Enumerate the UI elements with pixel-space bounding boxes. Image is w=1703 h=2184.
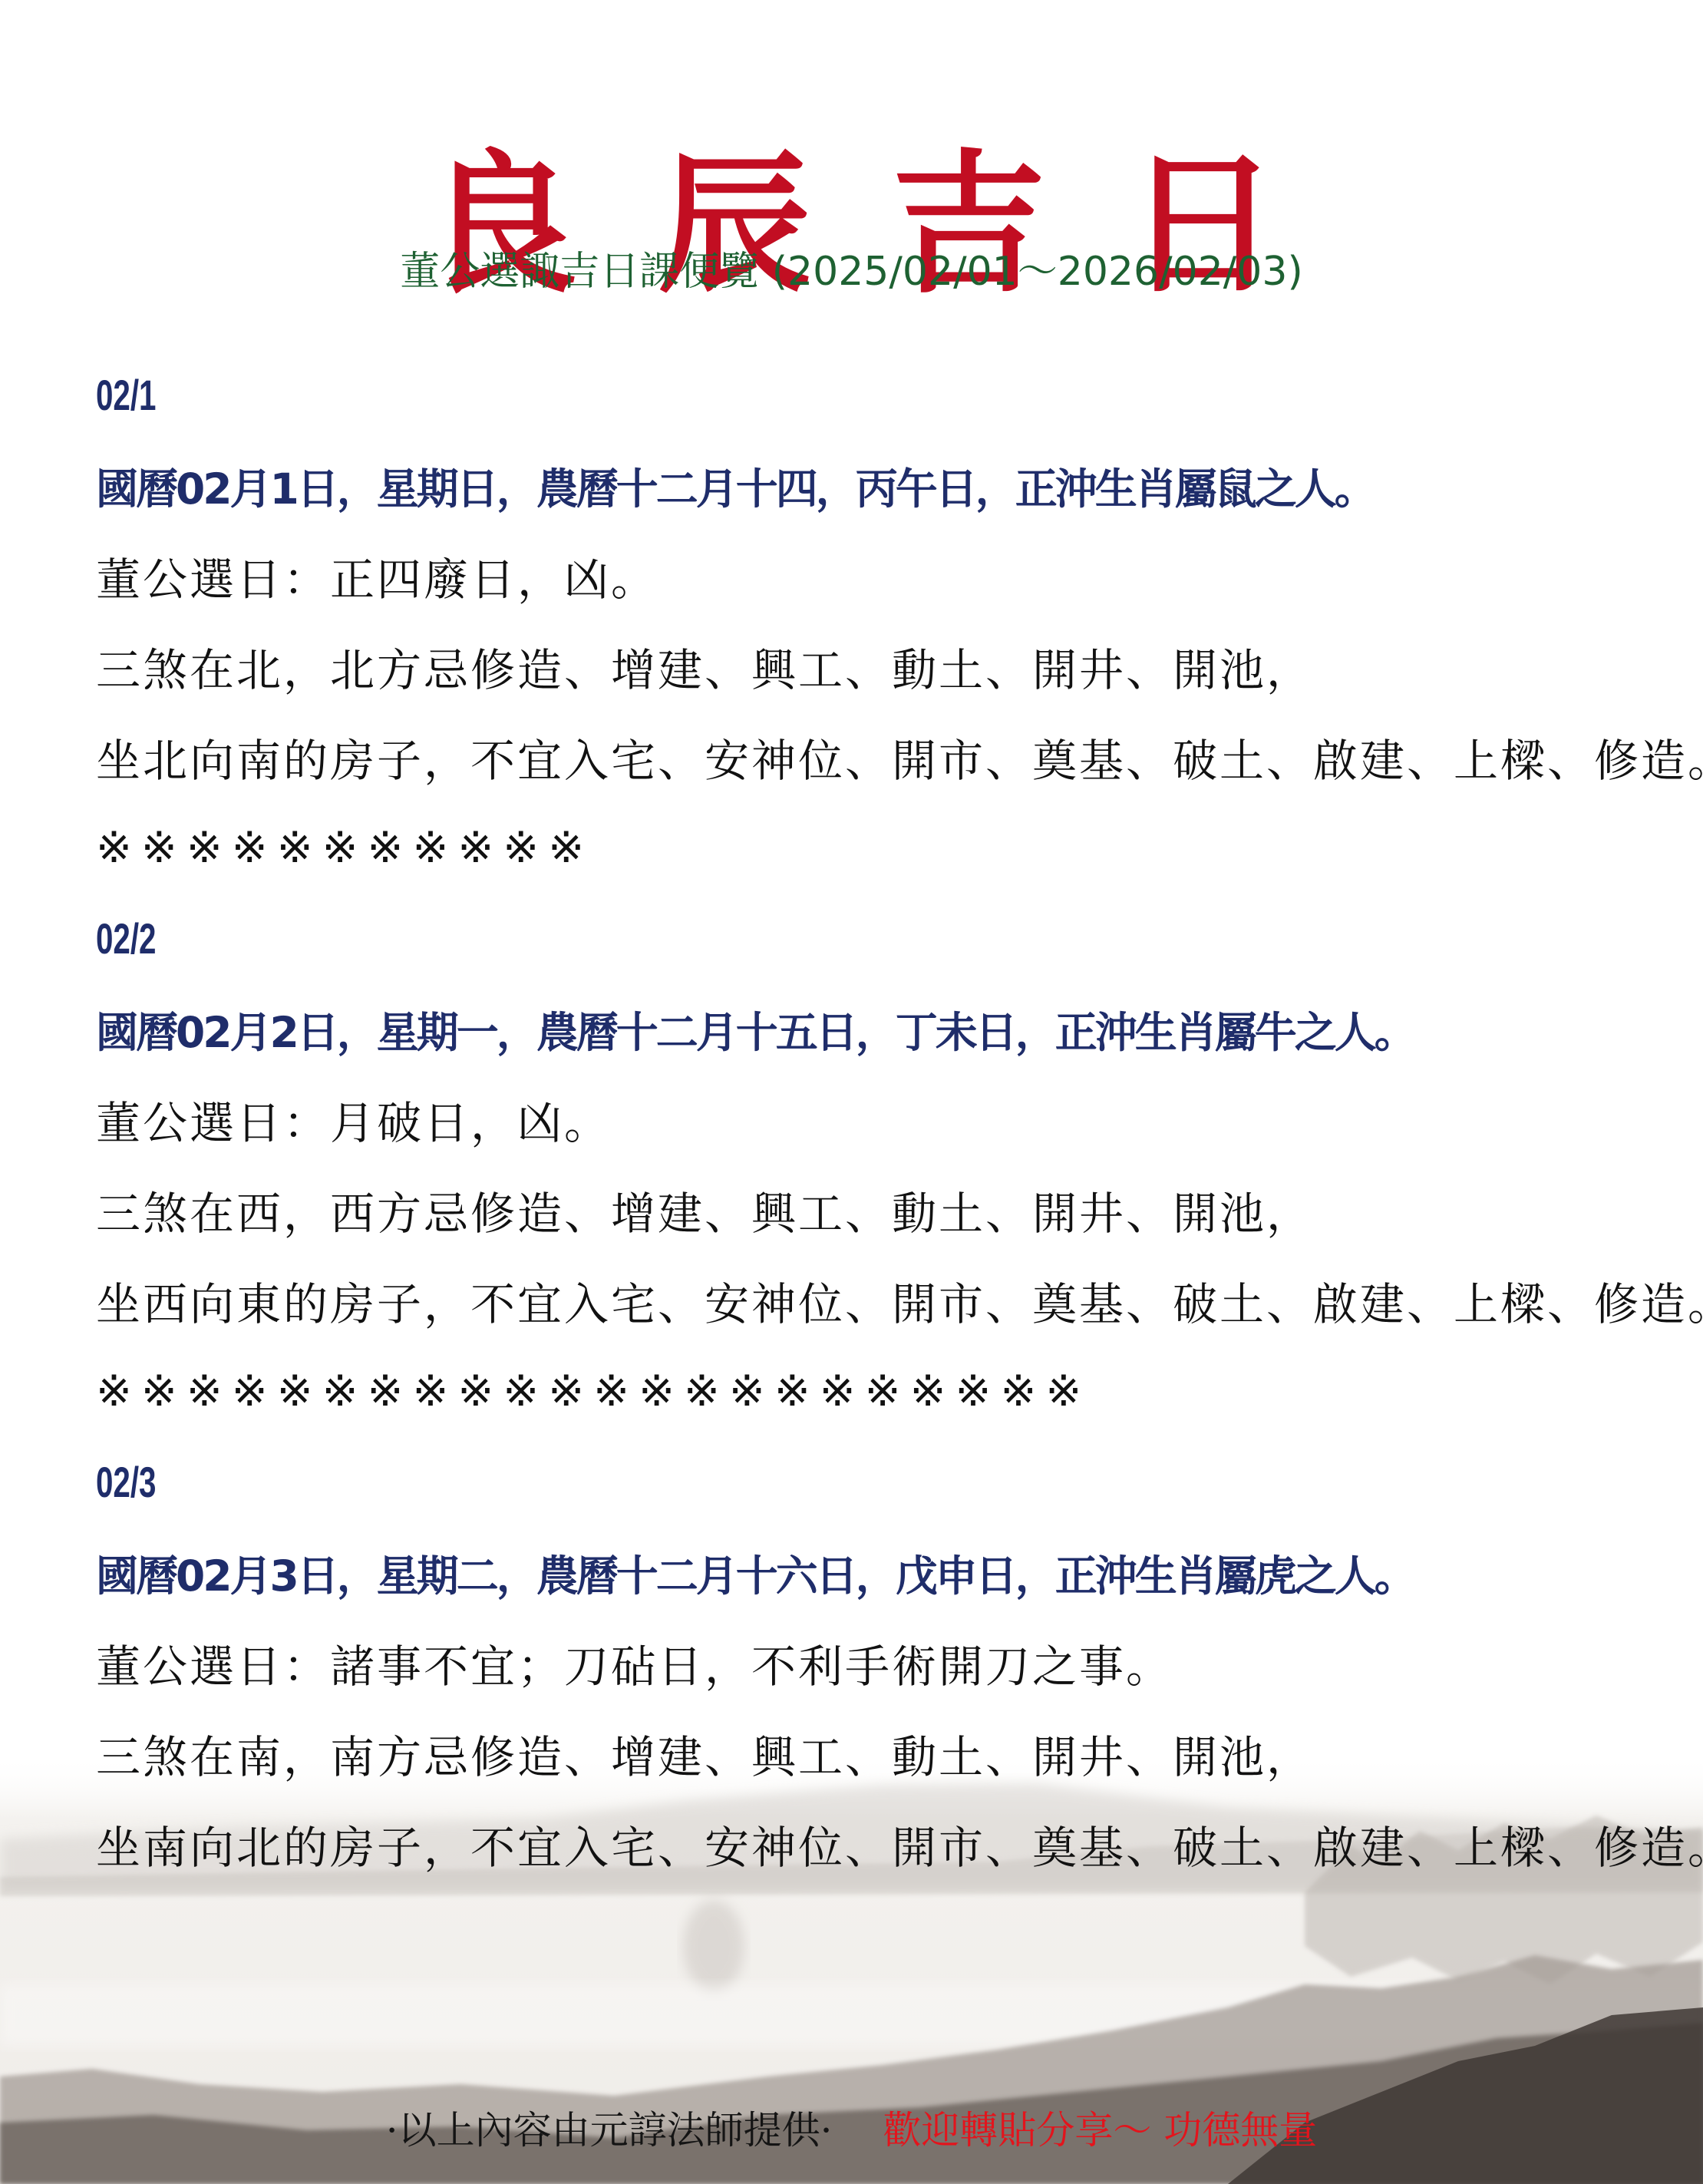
reference-mark-separator: ※※※※※※※※※※※: [96, 823, 593, 873]
entry-02-01: 02/1 國曆02月1日，星期日，農曆十二月十四，丙午日，正沖生肖屬鼠之人。 董…: [96, 349, 1672, 893]
reference-mark-separator: ※※※※※※※※※※※※※※※※※※※※※※: [96, 1366, 1091, 1416]
date-code: 02/2: [96, 914, 156, 963]
date-code: 02/3: [96, 1457, 156, 1507]
day-header: 國曆02月1日，星期日，農曆十二月十四，丙午日，正沖生肖屬鼠之人。: [96, 455, 1375, 516]
three-sha-direction: 三煞在北，北方忌修造、增建、興工、動土、開井、開池，: [96, 634, 1313, 699]
dong-gong-verdict: 董公選日：月破日，凶。: [96, 1087, 611, 1151]
dong-gong-verdict: 董公選日：諸事不宜；刀砧日，不利手術開刀之事。: [96, 1631, 1173, 1695]
entry-02-02: 02/2 國曆02月2日，星期一，農曆十二月十五日，丁未日，正沖生肖屬牛之人。 …: [96, 893, 1672, 1436]
house-orientation-advice: 坐北向南的房子，不宜入宅、安神位、開市、奠基、破土、啟建、上樑、修造。: [96, 725, 1703, 789]
footer-credit: ·以上內容由元諄法師提供·: [386, 2108, 833, 2153]
day-header: 國曆02月2日，星期一，農曆十二月十五日，丁未日，正沖生肖屬牛之人。: [96, 999, 1414, 1059]
house-orientation-advice: 坐西向東的房子，不宜入宅、安神位、開市、奠基、破土、啟建、上樑、修造。: [96, 1268, 1703, 1333]
almanac-entries: 02/1 國曆02月1日，星期日，農曆十二月十四，丙午日，正沖生肖屬鼠之人。 董…: [96, 349, 1672, 1889]
three-sha-direction: 三煞在西，西方忌修造、增建、興工、動土、開井、開池，: [96, 1178, 1313, 1242]
footer-share-message: 歡迎轉貼分享～ 功德無量: [883, 2108, 1317, 2153]
dong-gong-verdict: 董公選日：正四廢日，凶。: [96, 544, 658, 608]
subtitle-date-range: 董公選諏吉日課便覽 (2025/02/01～2026/02/03): [0, 247, 1703, 296]
footer: ·以上內容由元諄法師提供· 歡迎轉貼分享～ 功德無量: [0, 2103, 1703, 2157]
date-code: 02/1: [96, 370, 156, 420]
day-header: 國曆02月3日，星期二，農曆十二月十六日，戊申日，正沖生肖屬虎之人。: [96, 1542, 1414, 1603]
entry-02-03: 02/3 國曆02月3日，星期二，農曆十二月十六日，戊申日，正沖生肖屬虎之人。 …: [96, 1436, 1672, 1889]
house-orientation-advice: 坐南向北的房子，不宜入宅、安神位、開市、奠基、破土、啟建、上樑、修造。: [96, 1812, 1703, 1876]
three-sha-direction: 三煞在南，南方忌修造、增建、興工、動土、開井、開池，: [96, 1721, 1313, 1786]
